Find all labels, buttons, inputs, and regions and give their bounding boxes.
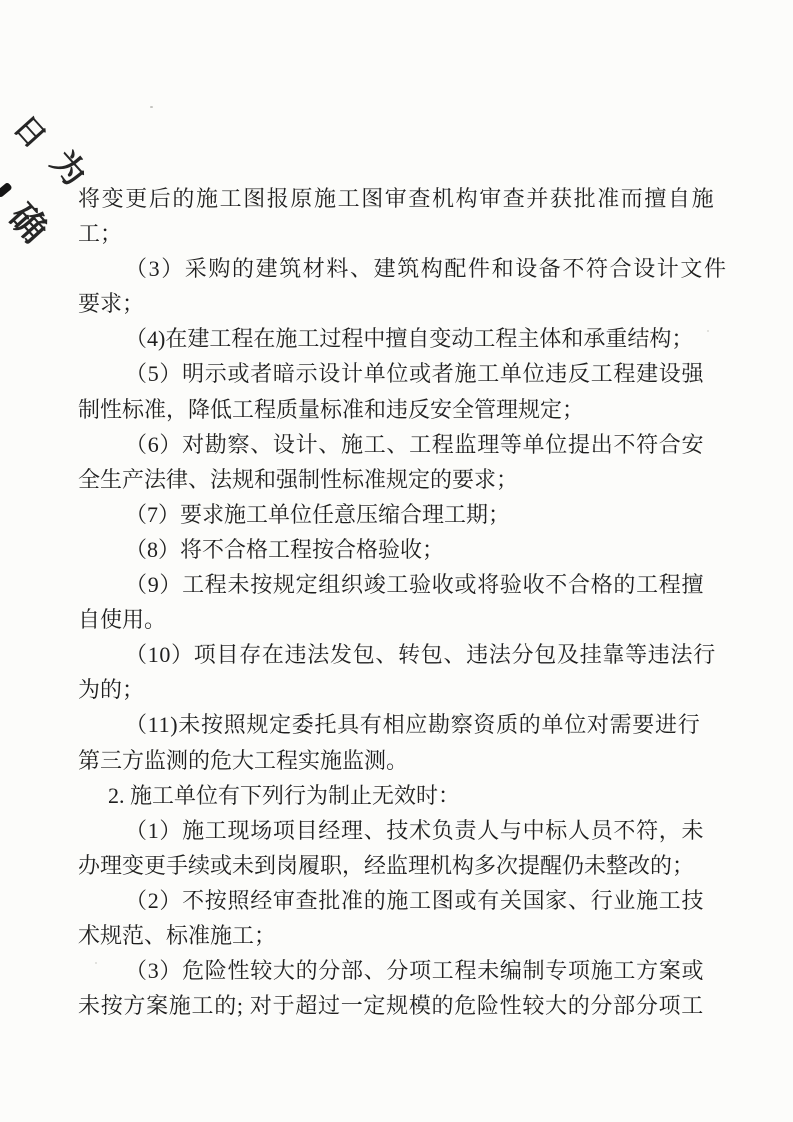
text-line: （9）工程未按规定组织竣工验收或将验收不合格的工程擅 (78, 567, 716, 602)
text-line: （3）危险性较大的分部、分项工程未编制专项施工方案或 (78, 953, 716, 988)
text-line: 自使用。 (78, 602, 716, 637)
text-line: （6）对勘察、设计、施工、工程监理等单位提出不符合安 (78, 427, 716, 462)
text-line: （2）不按照经审查批准的施工图或有关国家、行业施工技 (78, 883, 716, 918)
text-line: 术规范、标准施工； (78, 918, 716, 953)
text-line: 制性标准，降低工程质量标准和违反安全管理规定； (78, 392, 716, 427)
scanned-document-page: 日 为 确 将变更后的施工图报原施工图审查机构审查并获批准而擅自施工；（3）采购… (0, 0, 793, 1122)
text-line: （5）明示或者暗示设计单位或者施工单位违反工程建设强 (78, 356, 716, 391)
text-line: 全生产法律、法规和强制性标准规定的要求； (78, 462, 716, 497)
text-line: （7）要求施工单位任意压缩合理工期； (78, 497, 716, 532)
text-line: （1）施工现场项目经理、技术负责人与中标人员不符，未 (78, 813, 716, 848)
text-line: （8）将不合格工程按合格验收； (78, 532, 716, 567)
text-line: （11)未按照规定委托具有相应勘察资质的单位对需要进行 (78, 707, 716, 742)
handwritten-char: 日 (6, 104, 59, 156)
text-line: 未按方案施工的; 对于超过一定规模的危险性较大的分部分项工 (78, 988, 716, 1023)
text-line: 第三方监测的危大工程实施监测。 (78, 743, 716, 778)
text-line: 为的； (78, 672, 716, 707)
ink-mark (0, 182, 13, 198)
text-line: 要求； (78, 286, 716, 321)
handwritten-char: 确 (0, 191, 61, 252)
text-line: 2. 施工单位有下列行为制止无效时： (78, 778, 716, 813)
document-body: 将变更后的施工图报原施工图审查机构审查并获批准而擅自施工；（3）采购的建筑材料、… (78, 181, 716, 1023)
text-line: （4)在建工程在施工过程中擅自变动工程主体和承重结构； (78, 321, 716, 356)
text-line: 工； (78, 216, 716, 251)
text-line: （10）项目存在违法发包、转包、违法分包及挂靠等违法行 (78, 637, 716, 672)
scan-speck (150, 106, 153, 108)
text-line: （3）采购的建筑材料、建筑构配件和设备不符合设计文件 (78, 251, 716, 286)
text-line: 办理变更手续或未到岗履职，经监理机构多次提醒仍未整改的； (78, 848, 716, 883)
text-line: 将变更后的施工图报原施工图审查机构审查并获批准而擅自施 (78, 181, 716, 216)
